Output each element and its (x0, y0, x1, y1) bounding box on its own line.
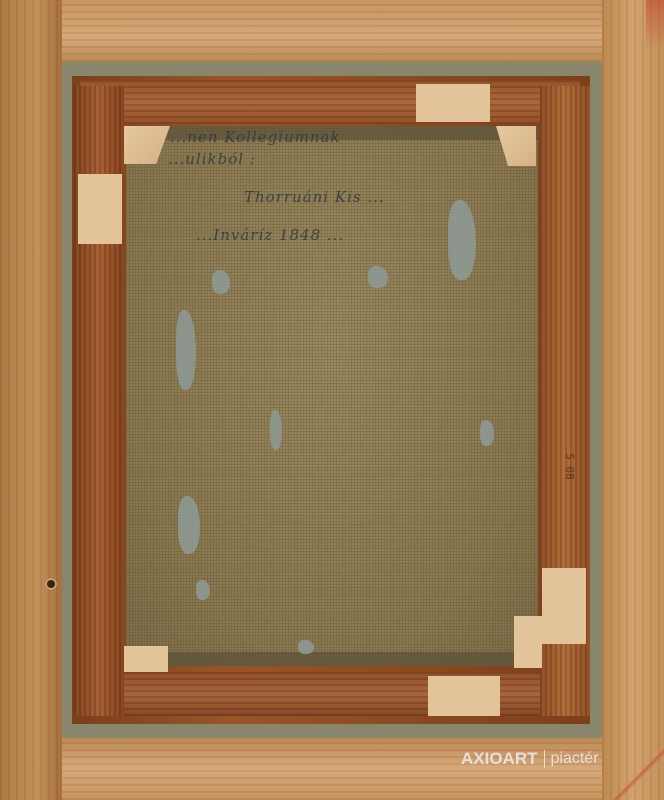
outer-frame-bottom (0, 738, 664, 800)
painting-back-photo: ...nen Kollegiumnak ...ulikból : Thorruá… (0, 0, 664, 800)
paper-label-top (416, 84, 490, 122)
inscription-line-2: ...ulikból : (168, 150, 256, 168)
stain (196, 580, 210, 600)
inscription-line-1: ...nen Kollegiumnak (170, 128, 341, 146)
canvas-back (126, 126, 538, 666)
nail-hole (45, 578, 57, 590)
watermark-brand: AXIOART (461, 749, 538, 769)
watermark-separator (544, 750, 545, 768)
watermark: AXIOART piactér (461, 749, 599, 769)
stretcher-stamp: 5 08 (563, 453, 576, 480)
paper-label-bottom (428, 676, 500, 716)
red-paint-mark-bottom (604, 730, 664, 800)
outer-frame-right (602, 0, 664, 800)
paper-label-bottom-right (514, 616, 542, 668)
outer-frame-top (0, 0, 664, 62)
stain (368, 266, 388, 288)
paper-label-left (78, 174, 122, 244)
watermark-suffix: piactér (551, 750, 599, 768)
stain (298, 640, 314, 654)
paper-label-right (542, 568, 586, 644)
inscription-line-4: ...Inváríz 1848 ... (196, 226, 344, 244)
outer-frame-left (0, 0, 62, 800)
stain (212, 270, 230, 294)
stretcher-bar-top (80, 80, 580, 124)
stain (270, 410, 282, 450)
canvas-edge-bottom (126, 652, 538, 666)
stretcher-bar-bottom (80, 672, 580, 716)
red-paint-mark (646, 0, 664, 50)
paper-label-bottom-left (124, 646, 168, 672)
stain (480, 420, 494, 446)
inscription-line-3: Thorruáni Kis ... (244, 188, 385, 206)
